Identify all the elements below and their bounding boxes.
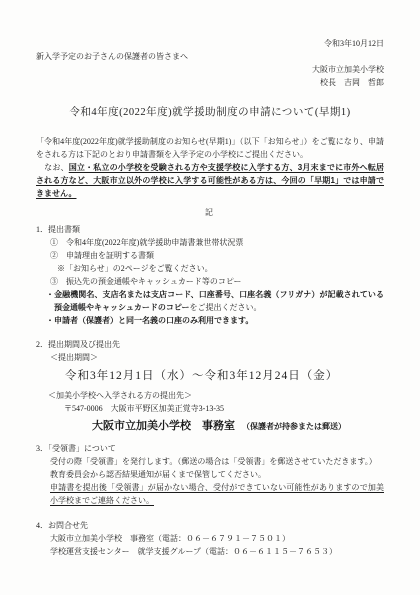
contact-support-center: 学校運営支援センター 就学支援グループ（電話：０６－６１１５－７６５３） (50, 545, 384, 558)
document-date: 令和3年10月12日 (36, 37, 384, 50)
section1-item2-note: ※「お知らせ」の2ページをご覧ください。 (57, 262, 384, 275)
section1-heading: 1．提出書類 (36, 223, 384, 236)
submission-period: 令和3年12月1日（水）～令和3年12月24日（金） (65, 368, 384, 385)
section3-heading: 3．「受領書」について (36, 442, 384, 455)
section2-heading: 2．提出期間及び提出先 (36, 338, 384, 351)
receipt-line1: 受付の際「受領書」を発行します。（郵送の場合は「受領書」を郵送させていただきます… (50, 455, 384, 468)
section1-item3: ③ 振込先の預金通帳やキャッシュカード等のコピー (50, 275, 384, 288)
document-page: 令和3年10月12日 新入学予定のお子さんの保護者の皆さまへ 大阪市立加美小学校… (0, 0, 420, 595)
receipt-warning: 申請書を提出後「受領書」が届かない場合、受付ができていない可能性がありますので加… (50, 481, 384, 507)
page-title: 令和4年度(2022年度)就学援助制度の申請について(早期1) (36, 105, 384, 121)
sender-principal: 校長 吉岡 哲郎 (36, 76, 384, 89)
intro-paragraph: 「令和4年度(2022年度)就学援助制度のお知らせ(早期1)」（以下「お知らせ」… (36, 135, 384, 161)
bullet-bank-rest: をご提出ください。 (190, 303, 262, 312)
destination-office-note: （保護者が持参または郵送） (246, 422, 346, 431)
ki-mark: 記 (36, 206, 384, 219)
intro-text: 「令和4年度(2022年度)就学援助制度のお知らせ(早期1)」（以下「お知らせ」… (36, 137, 384, 159)
period-label: ＜提出期間＞ (50, 351, 384, 364)
destination-office: 大阪市立加美小学校 事務室 （保護者が持参または郵送） (92, 419, 384, 434)
destination-address: 〒547‐0006 大阪市平野区加美正覚寺3-13-35 (64, 402, 384, 415)
warning-text: 国立・私立の小学校を受験される方や支援学校に入学する方、3月末までに市外へ転居さ… (36, 163, 384, 198)
warning-paragraph: なお、国立・私立の小学校を受験される方や支援学校に入学する方、3月末までに市外へ… (36, 161, 384, 200)
receipt-line2: 教育委員会から認否結果通知が届くまで保管してください。 (50, 468, 384, 481)
section1-bullet-bank: ・金融機関名、支店名または支店コード、口座番号、口座名義（フリガナ）が記載されて… (46, 288, 384, 314)
addressee: 新入学予定のお子さんの保護者の皆さまへ (36, 50, 384, 63)
warning-prefix: なお、 (36, 163, 69, 172)
section4-heading: 4．お問合せ先 (36, 519, 384, 532)
destination-office-name: 大阪市立加美小学校 事務室 (92, 420, 246, 432)
section1-item2: ② 申請理由を証明する書類 (50, 249, 384, 262)
section1-item1: ① 令和4年度(2022年度)就学援助申請書兼世帯状況票 (50, 236, 384, 249)
contact-school: 大阪市立加美小学校 事務室（電話：０６－６７９１－７５０１） (50, 532, 384, 545)
sender-school: 大阪市立加美小学校 (36, 63, 384, 76)
section1-bullet-account: ・申請者（保護者）と同一名義の口座のみ利用できます。 (46, 314, 384, 327)
destination-label: ＜加美小学校へ入学される方の提出先＞ (48, 389, 384, 402)
